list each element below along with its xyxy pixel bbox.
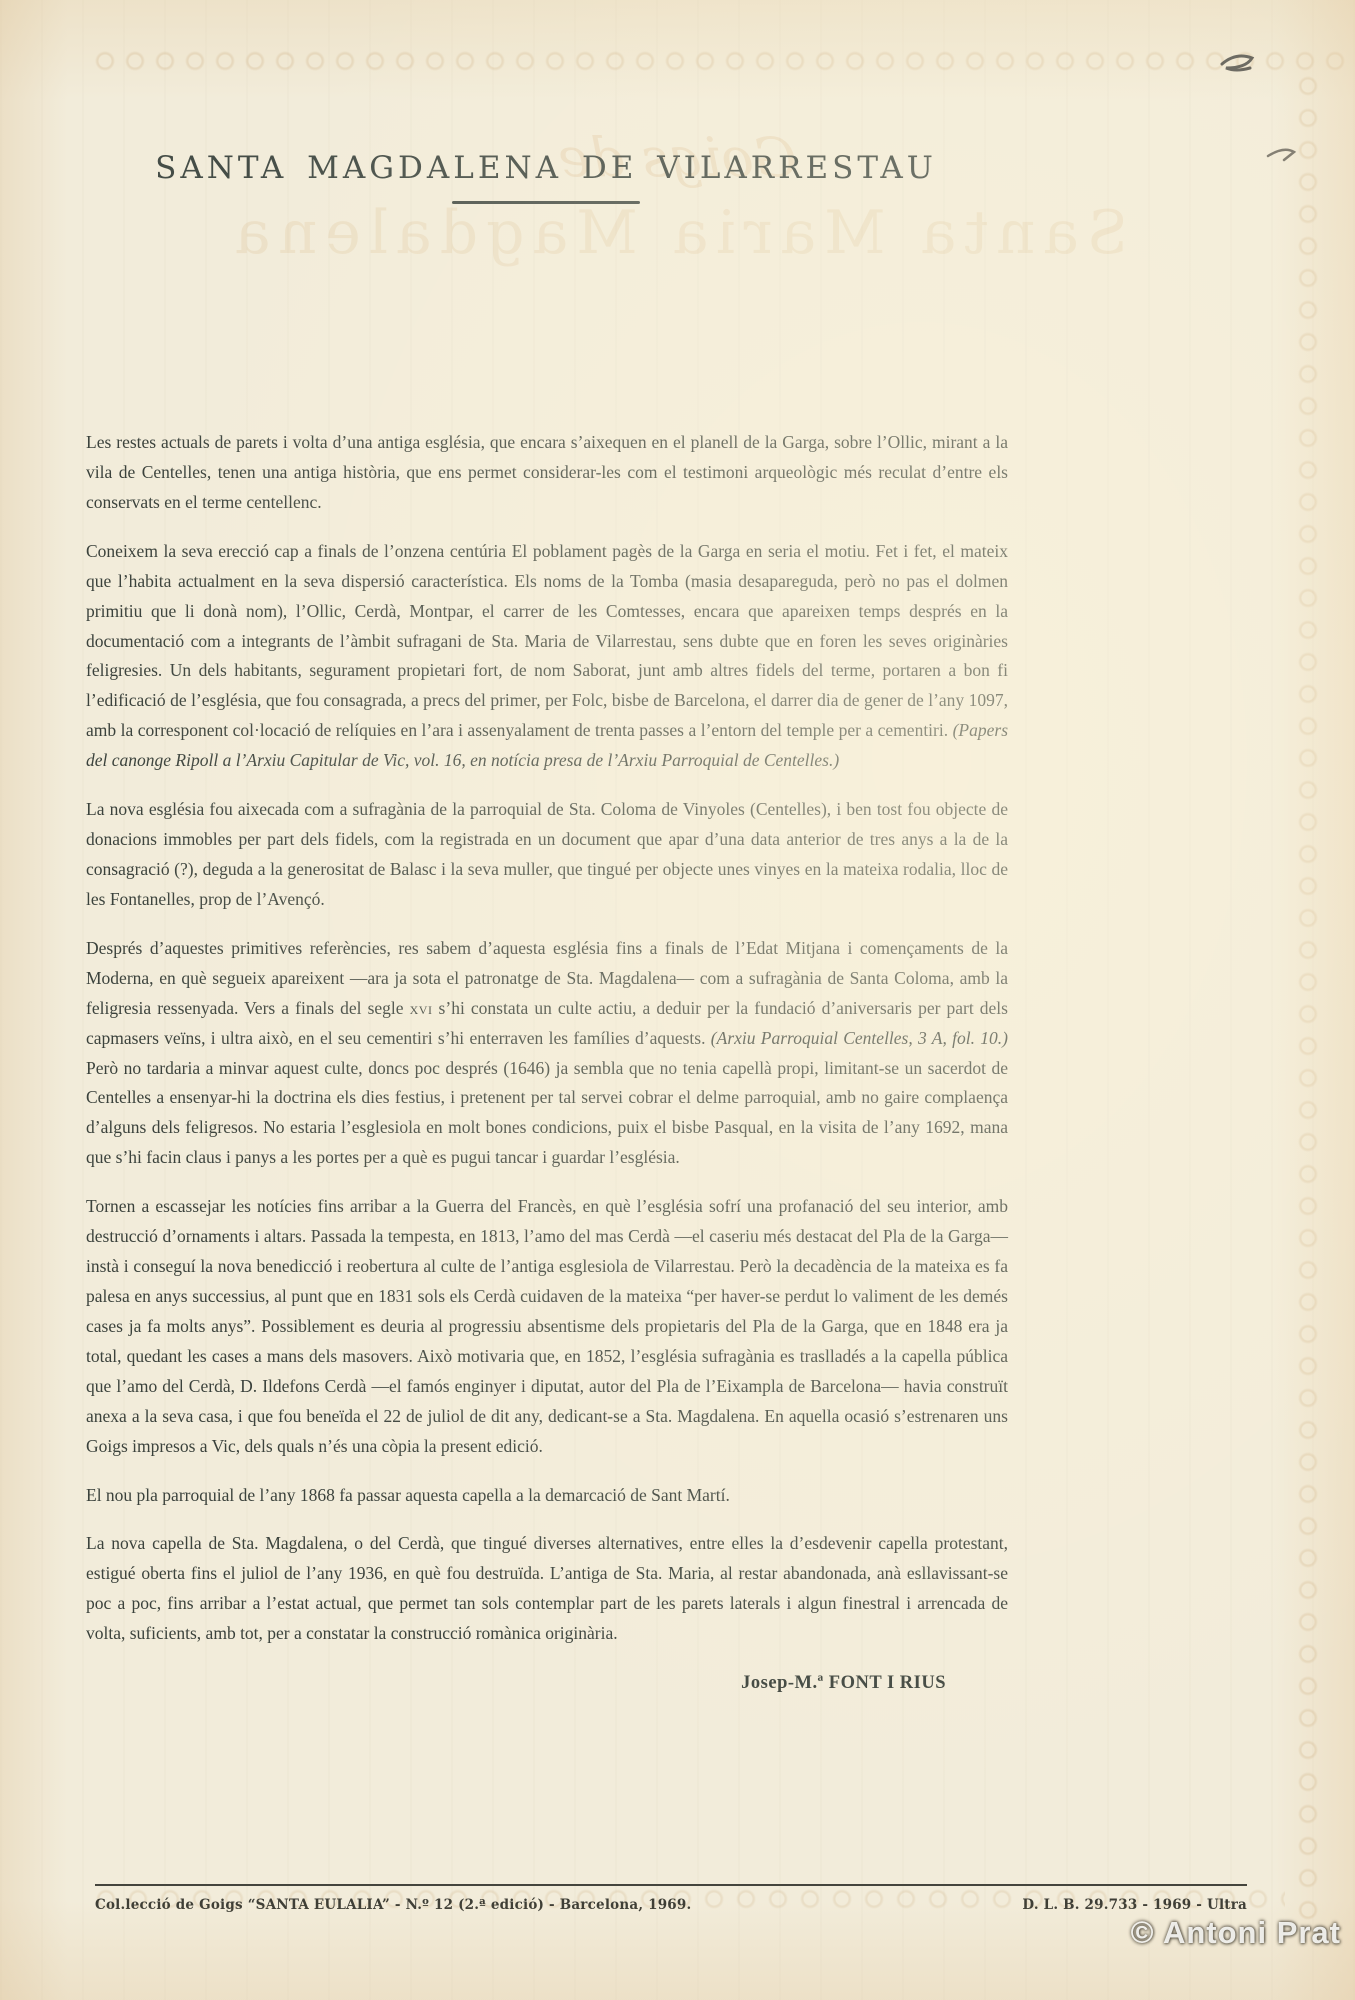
bleedthrough-title-line2: Santa Maria Magdalena bbox=[0, 198, 1355, 268]
paragraph: Després d’aquestes primitives referèncie… bbox=[86, 934, 1008, 1173]
paragraph: El nou pla parroquial de l’any 1868 fa p… bbox=[86, 1481, 1008, 1511]
title-rule bbox=[452, 201, 640, 204]
paragraph: La nova capella de Sta. Magdalena, o del… bbox=[86, 1529, 1008, 1649]
paragraph: Tornen a escassejar les notícies fins ar… bbox=[86, 1192, 1008, 1461]
author-signature: Josep-M.ª FONT I RIUS bbox=[86, 1668, 1008, 1700]
paragraph: Coneixem la seva erecció cap a finals de… bbox=[86, 537, 1008, 776]
ink-scribble-icon bbox=[1180, 36, 1350, 186]
lace-border-right bbox=[1287, 70, 1329, 1920]
page-title: SANTA MAGDALENA DE VILARRESTAU bbox=[85, 150, 1007, 186]
footer-legal-deposit: D. L. B. 29.733 - 1969 - Ultra bbox=[1022, 1897, 1247, 1913]
footer-collection-imprint: Col.lecció de Goigs “SANTA EULALIA” - N.… bbox=[95, 1897, 691, 1913]
paragraph: La nova església fou aixecada com a sufr… bbox=[86, 795, 1008, 915]
copyright-watermark: © Antoni Prat bbox=[1131, 1915, 1341, 1951]
lace-border-top bbox=[90, 44, 1355, 78]
footer-rule bbox=[95, 1884, 1247, 1886]
scanned-document-page: Goigs de Santa Maria Magdalena SANTA MAG… bbox=[0, 0, 1355, 2000]
article: Les restes actuals de parets i volta d’u… bbox=[86, 428, 1008, 1700]
masthead: SANTA MAGDALENA DE VILARRESTAU bbox=[85, 150, 1007, 204]
paragraph: Les restes actuals de parets i volta d’u… bbox=[86, 428, 1008, 518]
